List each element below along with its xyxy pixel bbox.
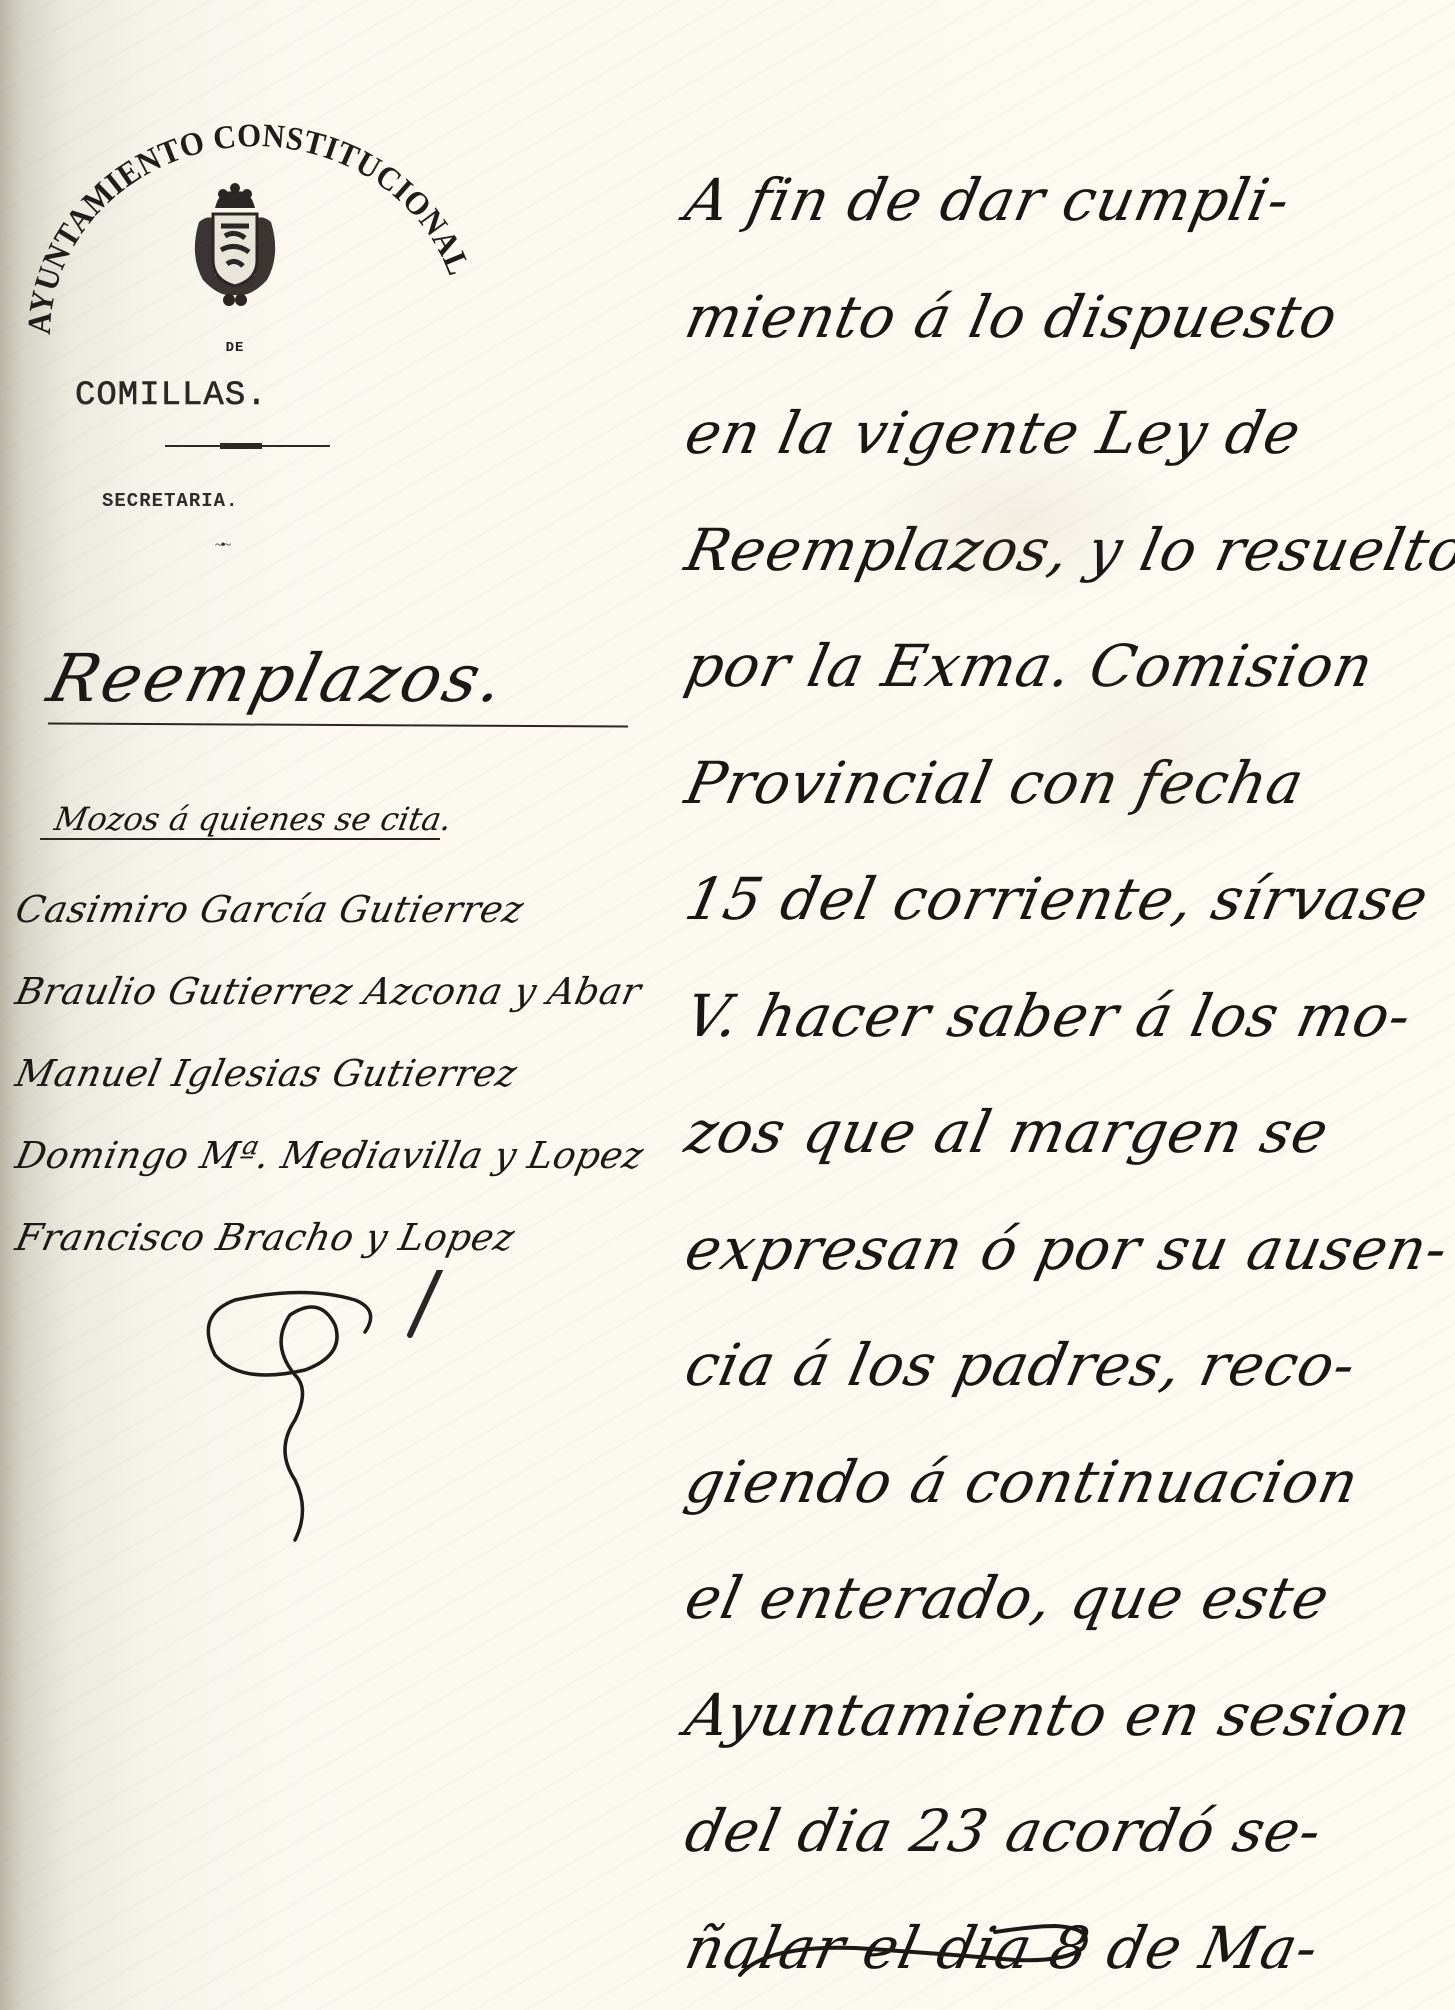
list-item: Domingo Mª. Mediavilla y Lopez	[5, 1126, 649, 1208]
body-line: miento á lo dispuesto	[673, 267, 1455, 384]
letterhead-rule	[165, 443, 330, 449]
margin-subtitle-underline	[40, 838, 440, 840]
body-line: Ayuntamiento en sesion	[673, 1665, 1455, 1782]
body-line: V. hacer saber á los mo-	[673, 966, 1455, 1083]
body-line: cia á los padres, reco-	[673, 1315, 1455, 1432]
letterhead: AYUNTAMIENTO CONSTITUCIONAL DE COMILLAS.…	[20, 100, 490, 560]
letterhead-office: SECRETARIA.	[102, 490, 238, 512]
body-line: el enterado, que este	[673, 1548, 1455, 1665]
document-page: AYUNTAMIENTO CONSTITUCIONAL DE COMILLAS.…	[0, 0, 1455, 2010]
body-line: Provincial con fecha	[673, 733, 1455, 850]
margin-title: Reemplazos.	[40, 640, 515, 717]
closing-flourish-icon	[735, 1920, 1095, 1980]
body-line: expresan ó por su ausen-	[673, 1199, 1455, 1316]
margin-subtitle: Mozos á quienes se cita.	[52, 800, 455, 838]
body-line: giendo á continuacion	[673, 1432, 1455, 1549]
coat-of-arms-icon	[185, 180, 285, 310]
letter-body: A fin de dar cumpli- miento á lo dispues…	[685, 150, 1455, 2010]
body-line: del dia 23 acordó se-	[673, 1781, 1455, 1898]
body-line: zos que al margen se	[673, 1082, 1455, 1199]
conscript-names-list: Casimiro García Gutierrez Braulio Gutier…	[14, 880, 641, 1290]
letterhead-dingbat: ~•~	[215, 538, 229, 554]
body-line: Reemplazos, y lo resuelto	[673, 500, 1455, 617]
body-line: 15 del corriente, sírvase	[673, 849, 1455, 966]
letterhead-town: COMILLAS.	[75, 377, 268, 415]
body-line: por la Exma. Comision	[673, 616, 1455, 733]
body-line: A fin de dar cumpli-	[673, 150, 1455, 267]
margin-title-underline	[48, 722, 628, 727]
letterhead-de: DE	[20, 340, 450, 356]
signature-rubric-icon	[195, 1270, 455, 1560]
list-item: Manuel Iglesias Gutierrez	[5, 1044, 649, 1126]
list-item: Braulio Gutierrez Azcona y Abar	[5, 962, 649, 1044]
body-line: en la vigente Ley de	[673, 383, 1455, 500]
list-item: Casimiro García Gutierrez	[5, 880, 649, 962]
